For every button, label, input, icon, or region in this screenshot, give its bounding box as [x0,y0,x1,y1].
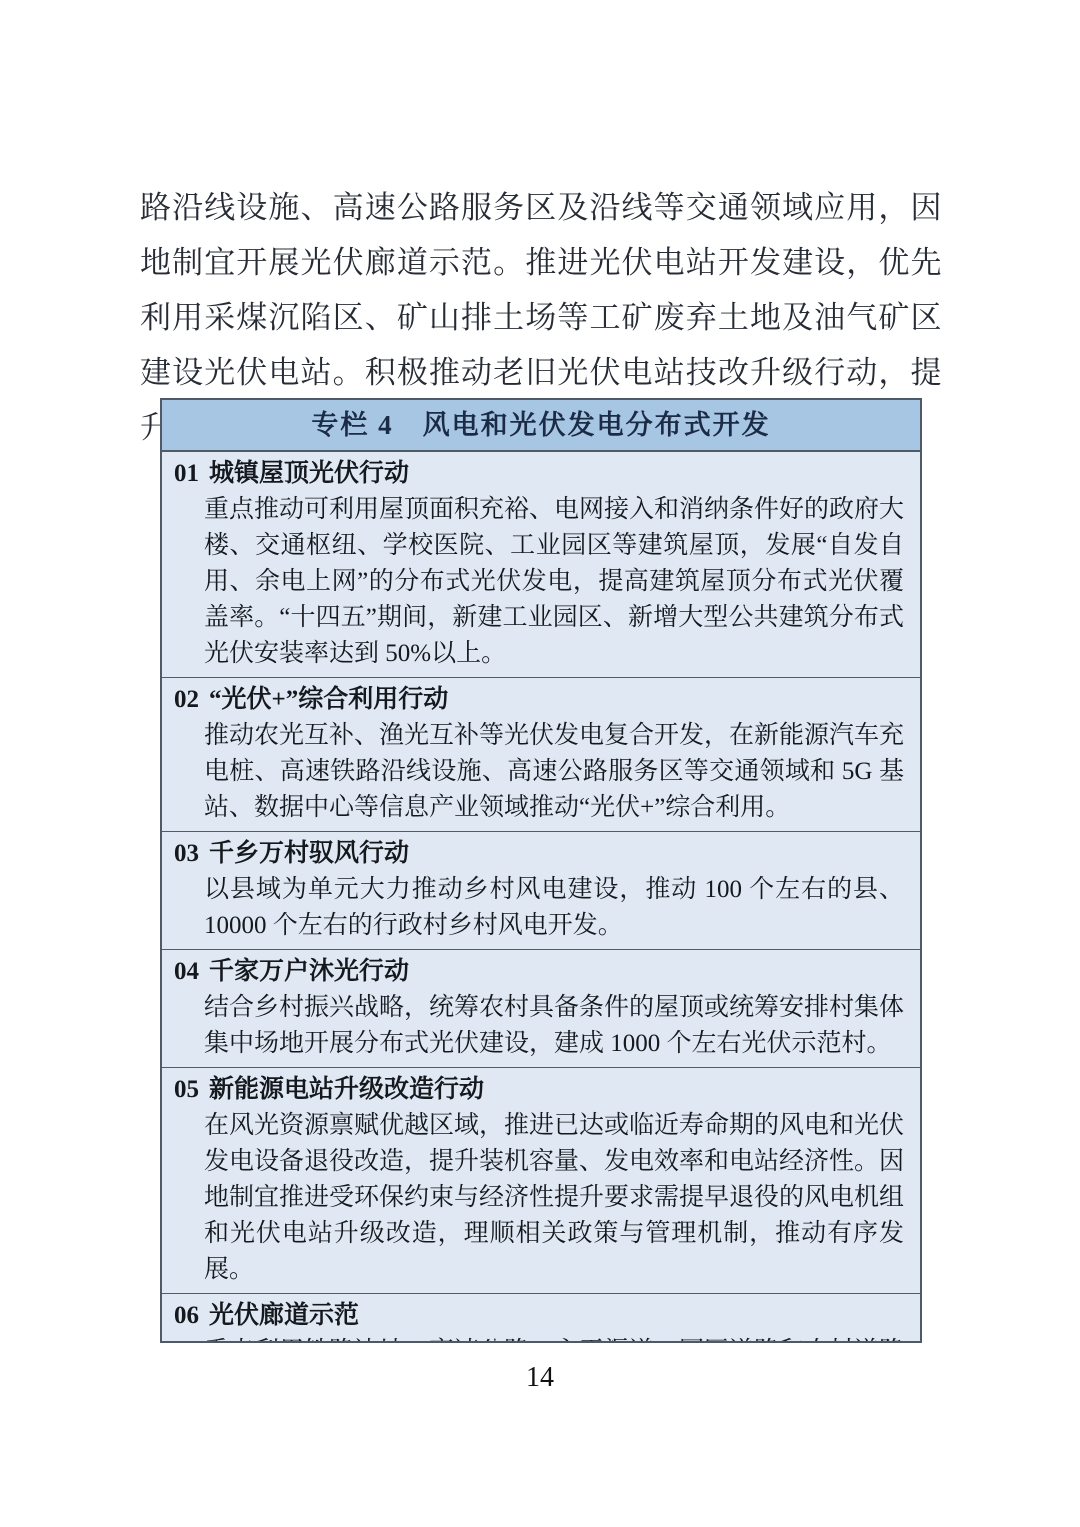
section-body: 结合乡村振兴战略，统筹农村具备条件的屋顶或统筹安排村集体集中场地开展分布式光伏建… [204,990,904,1062]
section-number: 06 [174,1302,199,1329]
section-heading-row: 06光伏廊道示范 [174,1298,904,1334]
section-number: 03 [174,840,199,867]
section-heading: 千家万户沐光行动 [209,958,409,985]
panel-title: 专栏 4 风电和光伏发电分布式开发 [162,400,920,452]
section-body: 重点推动可利用屋顶面积充裕、电网接入和消纳条件好的政府大楼、交通枢纽、学校医院、… [204,492,904,672]
section-body: 在风光资源禀赋优越区域，推进已达或临近寿命期的风电和光伏发电设备退役改造，提升装… [204,1108,904,1288]
page-number: 14 [0,1362,1080,1394]
panel-section: 06光伏廊道示范 重点利用铁路边坡、高速公路、主干渠道、园区道路和农村道路两侧用… [162,1293,920,1343]
section-heading-row: 03千乡万村驭风行动 [174,836,904,872]
section-body: 推动农光互补、渔光互补等光伏发电复合开发，在新能源汽车充电桩、高速铁路沿线设施、… [204,718,904,826]
section-heading: “光伏+”综合利用行动 [209,686,448,713]
section-heading: 光伏廊道示范 [209,1302,359,1329]
panel-sections: 01城镇屋顶光伏行动 重点推动可利用屋顶面积充裕、电网接入和消纳条件好的政府大楼… [162,452,920,1343]
section-number: 04 [174,958,199,985]
panel-section: 03千乡万村驭风行动 以县域为单元大力推动乡村风电建设，推动 100 个左右的县… [162,831,920,949]
panel-section: 01城镇屋顶光伏行动 重点推动可利用屋顶面积充裕、电网接入和消纳条件好的政府大楼… [162,452,920,677]
section-number: 01 [174,460,199,487]
panel-section: 05新能源电站升级改造行动 在风光资源禀赋优越区域，推进已达或临近寿命期的风电和… [162,1067,920,1293]
section-heading: 新能源电站升级改造行动 [209,1076,484,1103]
section-heading-row: 02“光伏+”综合利用行动 [174,682,904,718]
section-number: 02 [174,686,199,713]
section-heading: 千乡万村驭风行动 [209,840,409,867]
panel-section: 02“光伏+”综合利用行动 推动农光互补、渔光互补等光伏发电复合开发，在新能源汽… [162,677,920,831]
panel-section: 04千家万户沐光行动 结合乡村振兴战略，统筹农村具备条件的屋顶或统筹安排村集体集… [162,949,920,1067]
section-body: 重点利用铁路边坡、高速公路、主干渠道、园区道路和农村道路两侧用地范围外的空闲土地… [204,1334,904,1343]
section-heading: 城镇屋顶光伏行动 [209,460,409,487]
section-heading-row: 04千家万户沐光行动 [174,954,904,990]
panel-column-4: 专栏 4 风电和光伏发电分布式开发 01城镇屋顶光伏行动 重点推动可利用屋顶面积… [160,398,922,1343]
section-number: 05 [174,1076,199,1103]
section-heading-row: 01城镇屋顶光伏行动 [174,456,904,492]
section-heading-row: 05新能源电站升级改造行动 [174,1072,904,1108]
document-page: 路沿线设施、高速公路服务区及沿线等交通领域应用，因地制宜开展光伏廊道示范。推进光… [0,0,1080,1527]
section-body: 以县域为单元大力推动乡村风电建设，推动 100 个左右的县、10000 个左右的… [204,872,904,944]
